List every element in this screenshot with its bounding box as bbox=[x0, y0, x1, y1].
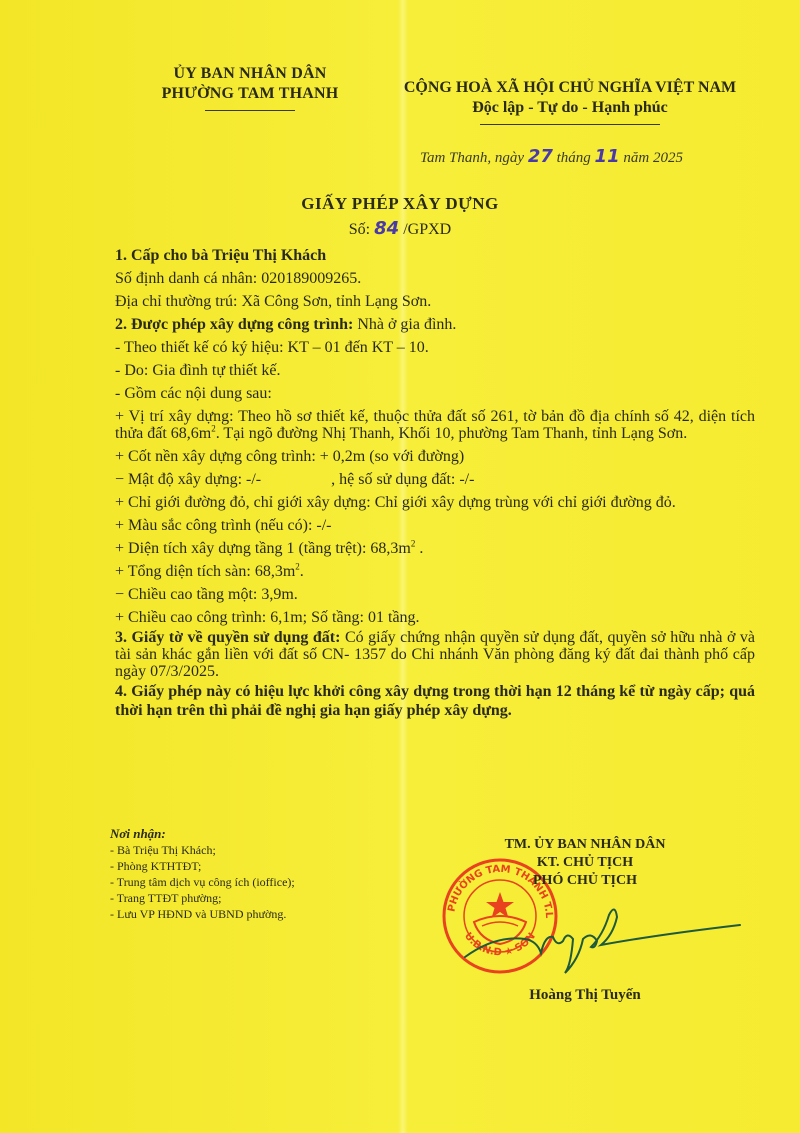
recipient-item: - Trung tâm dịch vụ công ích (ioffice); bbox=[110, 874, 295, 890]
date-year: năm 2025 bbox=[620, 150, 683, 166]
header-left-rule bbox=[205, 110, 295, 111]
section-3: 3. Giấy tờ về quyền sử dụng đất: Có giấy… bbox=[115, 629, 755, 680]
recipient-item: - Phòng KTHTĐT; bbox=[110, 858, 295, 874]
section-4: 4. Giấy phép này có hiệu lực khởi công x… bbox=[115, 682, 755, 720]
recipients-list: Nơi nhận: - Bà Triệu Thị Khách; - Phòng … bbox=[110, 826, 295, 922]
building-height: + Chiều cao công trình: 6,1m; Số tầng: 0… bbox=[115, 606, 755, 629]
building-color: + Màu sắc công trình (nếu có): -/- bbox=[115, 514, 755, 537]
header-right-rule bbox=[480, 124, 660, 125]
construction-location: + Vị trí xây dựng: Theo hồ sơ thiết kế, … bbox=[115, 408, 755, 442]
design-code: - Theo thiết kế có ký hiệu: KT – 01 đến … bbox=[115, 336, 755, 359]
signature-block: TM. ỦY BAN NHÂN DÂN KT. CHỦ TỊCH PHÓ CHỦ… bbox=[440, 836, 730, 890]
date-month: 11 bbox=[595, 146, 620, 167]
authority-line-1: ỦY BAN NHÂN DÂN bbox=[120, 64, 380, 84]
date-day: 27 bbox=[528, 146, 553, 167]
issue-date: Tam Thanh, ngày 27 tháng 11 năm 2025 bbox=[420, 146, 683, 167]
density-line: − Mật độ xây dựng: -/-, hệ số sử dụng đấ… bbox=[115, 468, 755, 491]
section-3-heading: 3. Giấy tờ về quyền sử dụng đất: bbox=[115, 629, 340, 646]
ground-floor-area-text: + Diện tích xây dựng tầng 1 (tầng trệt):… bbox=[115, 540, 411, 557]
permanent-address: Địa chỉ thường trú: Xã Công Sơn, tỉnh Lạ… bbox=[115, 290, 755, 313]
national-header: CỘNG HOÀ XÃ HỘI CHỦ NGHĨA VIỆT NAM Độc l… bbox=[360, 78, 780, 125]
number-suffix: /GPXD bbox=[399, 221, 451, 238]
permit-body: 1. Cấp cho bà Triệu Thị Khách Số định da… bbox=[115, 244, 755, 720]
national-motto: Độc lập - Tự do - Hạnh phúc bbox=[360, 98, 780, 118]
date-place: Tam Thanh, ngày bbox=[420, 150, 528, 166]
document-title: GIẤY PHÉP XÂY DỰNG bbox=[0, 194, 800, 214]
section-2-heading-rest: Nhà ở gia đình. bbox=[353, 316, 456, 333]
recipient-item: - Bà Triệu Thị Khách; bbox=[110, 842, 295, 858]
first-floor-height: − Chiều cao tầng một: 3,9m. bbox=[115, 583, 755, 606]
includes-label: - Gồm các nội dung sau: bbox=[115, 382, 755, 405]
foundation-level: + Cốt nền xây dựng công trình: + 0,2m (s… bbox=[115, 445, 755, 468]
land-use-coefficient: , hệ số sử dụng đất: -/- bbox=[331, 471, 474, 488]
boundary-line: + Chỉ giới đường đỏ, chỉ giới xây dựng: … bbox=[115, 494, 755, 511]
section-2-heading: 2. Được phép xây dựng công trình: Nhà ở … bbox=[115, 313, 755, 336]
signature-line-1: TM. ỦY BAN NHÂN DÂN bbox=[440, 836, 730, 854]
signature-line-2: KT. CHỦ TỊCH bbox=[440, 854, 730, 872]
handwritten-signature-icon bbox=[455, 895, 745, 975]
recipient-item: - Trang TTĐT phường; bbox=[110, 890, 295, 906]
number-prefix: Số: bbox=[349, 221, 374, 238]
personal-id: Số định danh cá nhân: 020189009265. bbox=[115, 267, 755, 290]
number-value: 84 bbox=[374, 218, 399, 239]
recipients-label: Nơi nhận: bbox=[110, 826, 295, 842]
designer: - Do: Gia đình tự thiết kế. bbox=[115, 359, 755, 382]
nation-name: CỘNG HOÀ XÃ HỘI CHỦ NGHĨA VIỆT NAM bbox=[360, 78, 780, 98]
recipient-item: - Lưu VP HĐND và UBND phường. bbox=[110, 906, 295, 922]
section-2-heading-bold: 2. Được phép xây dựng công trình: bbox=[115, 316, 353, 333]
ground-floor-area: + Diện tích xây dựng tầng 1 (tầng trệt):… bbox=[115, 537, 755, 560]
location-tail: . Tại ngõ đường Nhị Thanh, Khối 10, phườ… bbox=[216, 425, 688, 442]
total-floor-area-text: + Tổng diện tích sàn: 68,3m bbox=[115, 563, 295, 580]
total-floor-area: + Tổng diện tích sàn: 68,3m2. bbox=[115, 560, 755, 583]
building-density: − Mật độ xây dựng: -/- bbox=[115, 471, 261, 488]
issuing-authority: ỦY BAN NHÂN DÂN PHƯỜNG TAM THANH bbox=[120, 64, 380, 111]
section-1-heading: 1. Cấp cho bà Triệu Thị Khách bbox=[115, 244, 755, 267]
document-number: Số: 84 /GPXD bbox=[0, 218, 800, 239]
authority-line-2: PHƯỜNG TAM THANH bbox=[120, 84, 380, 104]
signature-line-3: PHÓ CHỦ TỊCH bbox=[440, 872, 730, 890]
date-month-label: tháng bbox=[553, 150, 595, 166]
signer-name: Hoàng Thị Tuyến bbox=[440, 987, 730, 1004]
